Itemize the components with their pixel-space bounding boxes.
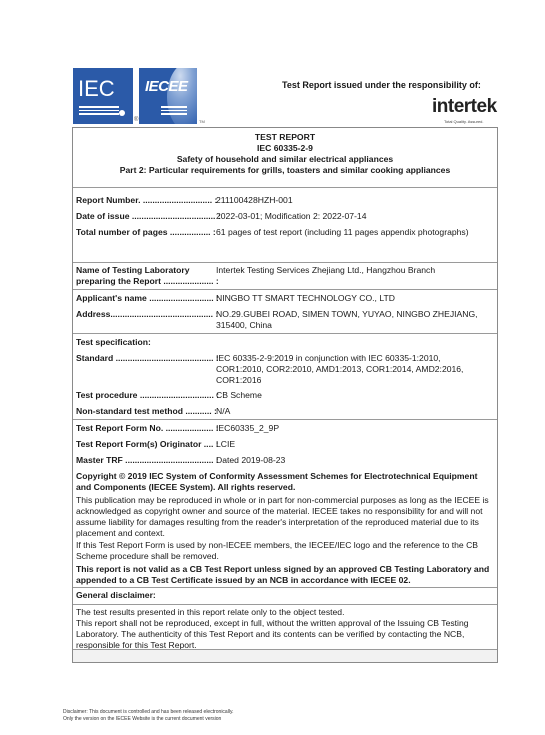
disclaimer-line: The test results presented in this repor… — [76, 607, 494, 618]
intertek-tagline: Total Quality. Assured. — [444, 119, 484, 124]
laboratory-value: Intertek Testing Services Zhejiang Ltd.,… — [216, 265, 486, 276]
iecee-logo-text: IECEE — [145, 78, 188, 95]
form-number-value: IEC60335_2_9P — [216, 423, 486, 434]
document-footer: Disclaimer: This document is controlled … — [63, 709, 233, 722]
iec-logo-dot — [119, 110, 125, 116]
responsibility-text: Test Report issued under the responsibil… — [282, 80, 481, 90]
field-label: Standard ...............................… — [76, 353, 226, 364]
removal-notice: If this Test Report Form is used by non-… — [76, 540, 494, 562]
standard-value: IEC 60335-2-9:2019 in conjunction with I… — [216, 353, 486, 386]
form-originator-value: LCIE — [216, 439, 486, 450]
field-label: Test procedure .........................… — [76, 390, 226, 401]
divider — [73, 419, 497, 420]
report-title-block: TEST REPORT IEC 60335-2-9 Safety of hous… — [73, 132, 497, 176]
validity-notice: This report is not valid as a CB Test Re… — [76, 564, 494, 586]
non-standard-method-value: N/A — [216, 406, 486, 417]
test-procedure-value: CB Scheme — [216, 390, 486, 401]
iecee-logo-lines — [161, 106, 187, 117]
iec-logo-text: IEC — [78, 76, 115, 102]
report-title: TEST REPORT — [73, 132, 497, 143]
frame-footer-strip — [73, 649, 497, 662]
field-label: Test Report Form(s) Originator .... : — [76, 439, 226, 450]
divider — [73, 262, 497, 263]
trademark-mark: TM — [199, 119, 205, 124]
field-label: Total number of pages ................. … — [76, 227, 226, 238]
address-value: NO.29.GUBEI ROAD, SIMEN TOWN, YUYAO, NIN… — [216, 309, 486, 331]
applicant-name-value: NINGBO TT SMART TECHNOLOGY CO., LTD — [216, 293, 486, 304]
field-label-line: preparing the Report ...................… — [76, 276, 219, 286]
divider — [73, 587, 497, 588]
report-number-value: 211100428HZH-001 — [216, 195, 486, 206]
field-label: Test Report Form No. ...................… — [76, 423, 226, 434]
test-specification-heading: Test specification: — [76, 337, 151, 348]
intertek-logo: intertek — [432, 96, 497, 118]
iec-logo: IEC — [73, 68, 133, 124]
footer-line: Disclaimer: This document is controlled … — [63, 709, 233, 716]
registered-mark: ® — [134, 117, 138, 123]
disclaimer-paragraph: This report shall not be reproduced, exc… — [76, 618, 494, 651]
divider — [73, 187, 497, 188]
divider — [73, 333, 497, 334]
master-trf-value: Dated 2019-08-23 — [216, 455, 486, 466]
field-label: Non-standard test method ........... : — [76, 406, 226, 417]
field-label: Master TRF .............................… — [76, 455, 226, 466]
field-label: Applicant's name .......................… — [76, 293, 226, 304]
divider — [73, 604, 497, 605]
field-label: Date of issue ..........................… — [76, 211, 226, 222]
report-standard: IEC 60335-2-9 — [73, 143, 497, 154]
date-of-issue-value: 2022-03-01; Modification 2: 2022-07-14 — [216, 211, 486, 222]
field-label: Report Number. .........................… — [76, 195, 226, 206]
field-label-line: Name of Testing Laboratory — [76, 265, 190, 275]
divider — [73, 289, 497, 290]
footer-line: Only the version on the IECEE Website is… — [63, 716, 233, 723]
copyright-heading: Copyright © 2019 IEC System of Conformit… — [76, 471, 494, 493]
report-frame: TEST REPORT IEC 60335-2-9 Safety of hous… — [72, 128, 498, 663]
copyright-paragraph: This publication may be reproduced in wh… — [76, 495, 494, 539]
report-subtitle: Safety of household and similar electric… — [73, 154, 497, 165]
field-label: Address.................................… — [76, 309, 226, 320]
report-part: Part 2: Particular requirements for gril… — [73, 165, 497, 176]
iecee-logo: IECEE — [139, 68, 197, 124]
total-pages-value: 61 pages of test report (including 11 pa… — [216, 227, 486, 238]
general-disclaimer-heading: General disclaimer: — [76, 590, 156, 601]
iec-logo-lines — [79, 106, 119, 117]
field-label: Name of Testing Laboratorypreparing the … — [76, 265, 226, 287]
